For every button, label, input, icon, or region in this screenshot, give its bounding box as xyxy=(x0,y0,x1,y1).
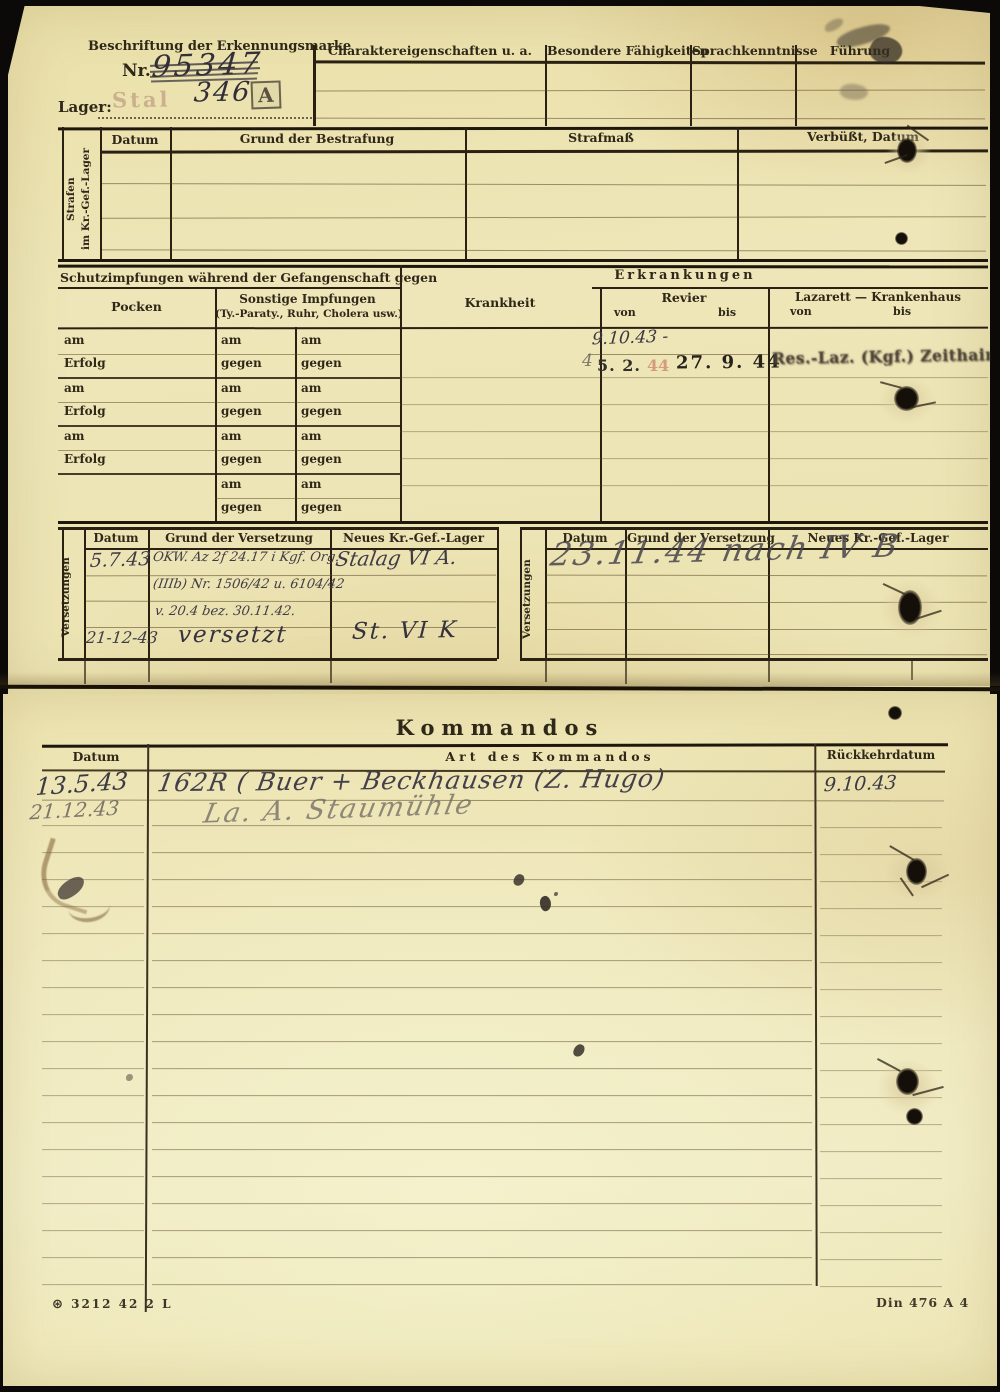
scan-edge xyxy=(0,1386,1000,1392)
print-symbol: ⊛ xyxy=(52,1297,65,1312)
kommando-row1-datum: 13.5.43 xyxy=(35,769,129,799)
table-line xyxy=(58,287,400,289)
impf-row-label: gegen xyxy=(301,501,342,515)
divider-line xyxy=(330,527,332,659)
impf-row-label: Erfolg xyxy=(64,453,106,467)
versetzung-row2-lager: St. VI K xyxy=(351,619,458,644)
punch-hole xyxy=(898,590,922,625)
strafen-col-grund: Grund der Bestrafung xyxy=(172,132,462,146)
impfungen-col-sonstige: Sonstige Impfungen xyxy=(217,293,398,307)
revier-von-label: von xyxy=(614,307,636,320)
revier-von-stamp: 5. 2. xyxy=(597,356,641,375)
col-header-sprachkenntnisse: Sprachkenntnisse xyxy=(692,44,793,58)
scanned-pow-record-card: Beschriftung der Erkennungsmarke Nr. Sta… xyxy=(0,0,1000,1392)
section-border xyxy=(58,259,988,262)
punch-hole xyxy=(906,858,927,885)
impf-row-label: am xyxy=(301,382,321,396)
erkrankungen-col-lazarett: Lazarett — Krankenhaus xyxy=(772,291,984,305)
strafen-col-datum: Datum xyxy=(101,133,169,147)
impf-row-label: am xyxy=(301,478,321,492)
impf-row-label: am xyxy=(221,478,241,492)
impf-row-label: Erfolg xyxy=(64,405,106,419)
impf-row-label: am xyxy=(301,430,321,444)
strafen-side-label: Strafen im Kr.-Gef.-Lager xyxy=(64,140,98,258)
lazarett-von-label: von xyxy=(790,306,812,319)
section-border xyxy=(58,658,497,661)
divider-line xyxy=(170,127,172,262)
impf-row-label: am xyxy=(64,334,84,348)
kommandos-col-datum: Datum xyxy=(48,750,144,764)
ruled-lines xyxy=(152,800,812,1288)
punch-hole xyxy=(894,386,919,411)
divider-line xyxy=(62,527,64,659)
revier-von-stamp-red: 44 xyxy=(647,356,669,375)
impf-row-label: Erfolg xyxy=(64,357,106,371)
versetzung-row1-lager: Stalag VI A. xyxy=(334,547,458,569)
divider-line xyxy=(62,127,64,262)
section-border xyxy=(58,521,988,524)
divider-line xyxy=(520,527,522,659)
strafen-side-label-line2: im Kr.-Gef.-Lager xyxy=(80,148,92,250)
impfungen-col-pocken: Pocken xyxy=(60,300,213,314)
impfungen-title: Schutzimpfungen während der Gefangenscha… xyxy=(60,271,400,285)
col-header-besondere-faehigkeiten: Besondere Fähigkeiten xyxy=(547,44,688,58)
versetzung-right-entry: 23.11.44 nach IV B xyxy=(548,529,902,570)
impf-row-label: am xyxy=(221,382,241,396)
impf-row-label: gegen xyxy=(301,453,342,467)
punch-hole xyxy=(906,1108,923,1125)
section-border xyxy=(520,527,988,530)
versetzung-row1-grund-line2: (IIIb) Nr. 1506/42 u. 6104/42 xyxy=(152,578,345,591)
kommandos-title: Kommandos xyxy=(350,716,650,740)
punch-hole xyxy=(896,1068,919,1095)
lager-dotted-line xyxy=(98,103,312,119)
impf-row-label: am xyxy=(221,334,241,348)
impf-row-label: gegen xyxy=(221,453,262,467)
erkrankungen-col-revier: Revier xyxy=(602,291,766,305)
impf-row-label: gegen xyxy=(221,501,262,515)
versetzungen-col-grund: Grund der Versetzung xyxy=(150,532,328,546)
strafen-side-label-line1: Strafen xyxy=(65,177,77,221)
versetzung-row1-grund-line3: v. 20.4 bez. 30.11.42. xyxy=(154,605,296,618)
table-line xyxy=(592,287,988,289)
col-header-charaktereigenschaften: Charaktereigenschaften u. a. xyxy=(317,44,543,58)
impf-row-label: am xyxy=(64,382,84,396)
impf-row-label: gegen xyxy=(301,405,342,419)
impf-row-label: am xyxy=(64,430,84,444)
din-format-code: Din 476 A 4 xyxy=(876,1296,969,1310)
paper-edge-shadow xyxy=(0,672,1000,686)
revier-entry-pencil-mark: 4 xyxy=(582,353,593,370)
lazarett-bis-label: bis xyxy=(893,306,911,319)
versetzungen-col-datum: Datum xyxy=(86,532,146,546)
kommando-row1-rueckkehr: 9.10.43 xyxy=(823,774,897,796)
versetzung-row1-grund-line1: OKW. Az 2f 24.17 i Kgf. Org. xyxy=(152,551,340,564)
impfungen-col-sonstige-sub: (Ty.-Paraty., Ruhr, Cholera usw.) xyxy=(215,308,400,320)
divider-line xyxy=(465,127,467,262)
impf-row-label: gegen xyxy=(221,405,262,419)
divider-line xyxy=(497,527,499,659)
print-code: 3212 42 2 L xyxy=(71,1297,172,1311)
section-border xyxy=(520,658,988,661)
strafen-col-strafmass: Strafmaß xyxy=(467,131,735,145)
scan-edge xyxy=(0,0,1000,6)
strafen-col-verbuesst: Verbüßt, Datum xyxy=(739,130,987,144)
versetzungen-side-label: Versetzungen xyxy=(60,538,84,656)
versetzungen-col-lager: Neues Kr.-Gef.-Lager xyxy=(332,532,495,546)
impf-row-label: am xyxy=(301,334,321,348)
versetzung-row2-datum: 21-12-43 xyxy=(85,630,159,646)
divider-line xyxy=(313,45,316,126)
erkrankungen-col-krankheit: Krankheit xyxy=(410,296,590,310)
revier-bis-label: bis xyxy=(718,307,736,320)
section-border xyxy=(58,527,497,530)
impf-row-label: gegen xyxy=(221,357,262,371)
col-header-fuehrung: Führung xyxy=(797,44,923,58)
divider-line xyxy=(737,127,739,262)
versetzung-row2-grund: versetzt xyxy=(177,624,288,647)
versetzung-row1-datum: 5.7.43 xyxy=(89,550,151,571)
punch-hole xyxy=(895,232,908,245)
revier-entry-date: 9.10.43 - xyxy=(591,329,668,349)
punch-hole xyxy=(888,706,902,720)
punch-hole xyxy=(897,138,917,163)
revier-bis-stamp: 27. 9. 44 xyxy=(676,352,782,374)
impf-row-label: am xyxy=(221,430,241,444)
kommandos-col-art: Art des Kommandos xyxy=(390,750,710,764)
kommandos-col-rueckkehr: Rückkehrdatum xyxy=(820,749,942,763)
erkrankungen-title: Erkrankungen xyxy=(600,269,770,284)
nr-label: Nr. xyxy=(122,62,151,82)
impf-row-label: gegen xyxy=(301,357,342,371)
lazarett-stamp: Res.-Laz. (Kgf.) Zeithain xyxy=(772,345,990,369)
divider-line xyxy=(545,527,547,659)
print-registration: ⊛ 3212 42 2 L xyxy=(52,1298,173,1313)
versetzungen-side-label: Versetzungen xyxy=(521,540,545,658)
